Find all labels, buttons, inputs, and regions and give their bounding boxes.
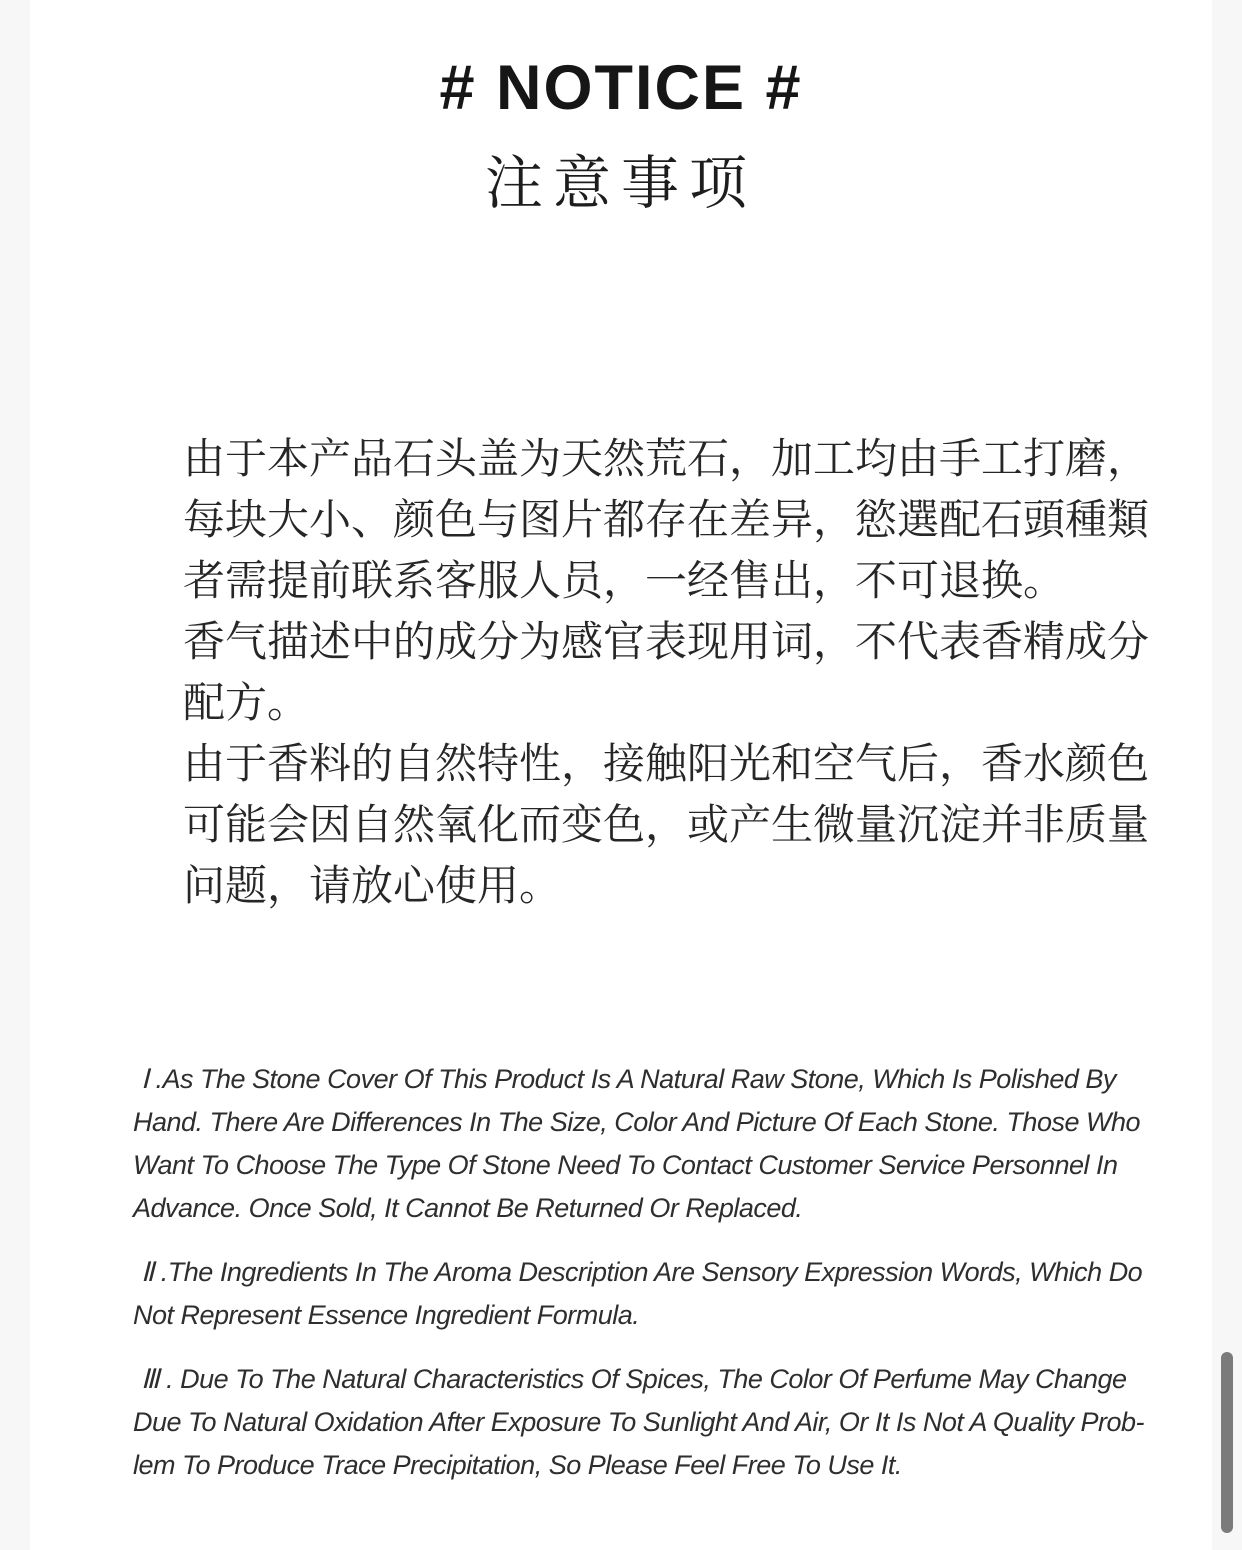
notice-cn-line: 问题，请放心使用。 [183,855,1143,916]
notice-en-paragraph-3: Ⅲ . Due To The Natural Characteristics O… [133,1358,1153,1487]
page-viewport: # NOTICE # 注意事项 由于本产品石头盖为天然荒石，加工均由手工打磨， … [0,0,1242,1550]
notice-en-line: Ⅰ .As The Stone Cover Of This Product Is… [133,1058,1153,1101]
notice-cn-line: 由于本产品石头盖为天然荒石，加工均由手工打磨， [183,428,1143,489]
notice-en-paragraph-2: Ⅱ .The Ingredients In The Aroma Descript… [133,1251,1153,1337]
notice-en-line: Due To Natural Oxidation After Exposure … [133,1401,1153,1444]
notice-en-line: Advance. Once Sold, It Cannot Be Returne… [133,1187,1153,1230]
vertical-scrollbar-thumb[interactable] [1221,1352,1233,1533]
notice-subtitle-cn: 注意事项 [30,136,1212,220]
notice-cn-line: 由于香料的自然特性，接触阳光和空气后，香水颜色 [183,733,1143,794]
notice-en-line: Ⅲ . Due To The Natural Characteristics O… [133,1358,1153,1401]
english-notice-block: Ⅰ .As The Stone Cover Of This Product Is… [133,1058,1153,1487]
chinese-notice-block: 由于本产品石头盖为天然荒石，加工均由手工打磨， 每块大小、颜色与图片都存在差异，… [183,428,1143,916]
notice-cn-line: 每块大小、颜色与图片都存在差异，慾選配石頭種類 [183,489,1143,550]
notice-en-line: Hand. There Are Differences In The Size,… [133,1101,1153,1144]
notice-title: # NOTICE # [30,52,1212,124]
notice-en-paragraph-1: Ⅰ .As The Stone Cover Of This Product Is… [133,1058,1153,1230]
notice-en-line: Not Represent Essence Ingredient Formula… [133,1294,1153,1337]
notice-en-line: Want To Choose The Type Of Stone Need To… [133,1144,1153,1187]
notice-cn-line: 可能会因自然氧化而变色，或产生微量沉淀并非质量 [183,794,1143,855]
notice-image-panel: # NOTICE # 注意事项 由于本产品石头盖为天然荒石，加工均由手工打磨， … [30,0,1212,1550]
notice-cn-line: 者需提前联系客服人员，一经售出，不可退换。 [183,550,1143,611]
notice-en-line: lem To Produce Trace Precipitation, So P… [133,1444,1153,1487]
notice-cn-line: 香气描述中的成分为感官表现用词，不代表香精成分 [183,611,1143,672]
notice-en-line: Ⅱ .The Ingredients In The Aroma Descript… [133,1251,1153,1294]
notice-cn-line: 配方。 [183,672,1143,733]
